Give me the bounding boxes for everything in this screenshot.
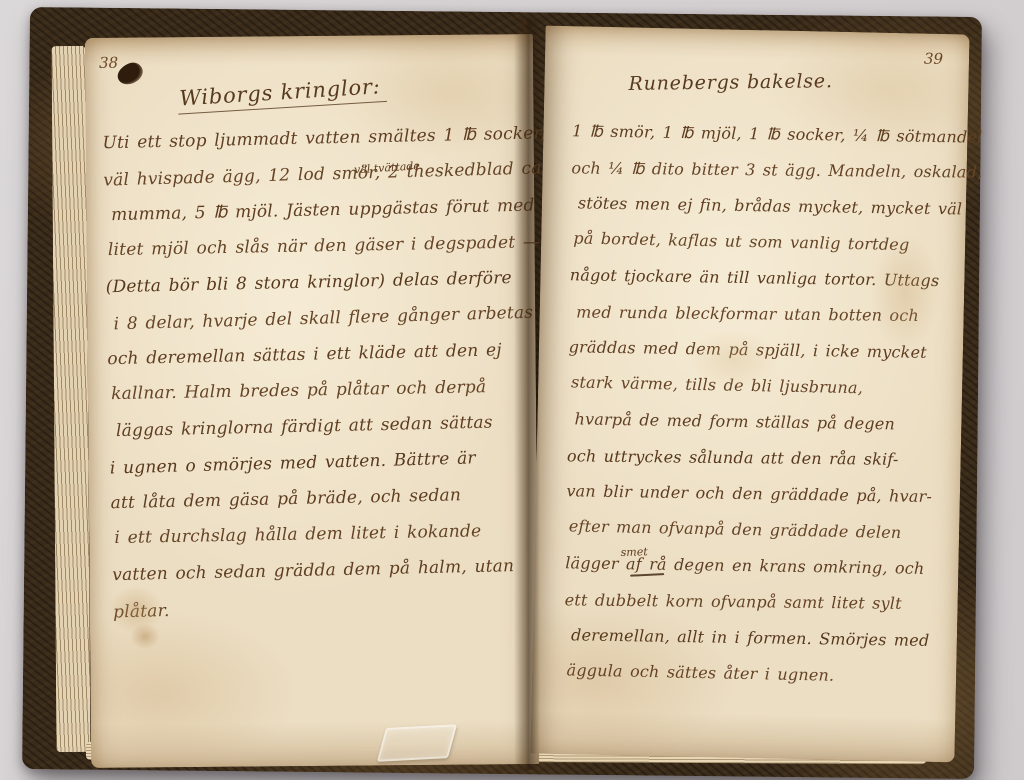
handwritten-line: äggula och sättes åter i ugnen. — [566, 652, 975, 696]
right-page-handwriting: 1 ℔ smör, 1 ℔ mjöl, 1 ℔ socker, ¼ ℔ sötm… — [563, 113, 983, 695]
left-recipe-title: Wiborgs kringlor: — [177, 74, 388, 115]
handwritten-line: 1 ℔ smör, 1 ℔ mjöl, 1 ℔ socker, ¼ ℔ sötm… — [572, 113, 983, 155]
handwritten-line: lägger af rå degen en krans omkring, och — [565, 545, 976, 587]
page-stack-left-edge — [52, 46, 91, 752]
handwritten-line: hvarpå de med form ställas på degen — [574, 401, 978, 443]
right-recipe-title: Runebergs bakelse. — [628, 70, 833, 95]
page-stain — [130, 623, 160, 649]
ink-blot — [115, 60, 146, 87]
handwritten-line: ett dubbelt korn ofvanpå samt litet sylt — [564, 582, 975, 622]
book-gutter-shadow — [514, 18, 540, 770]
left-page: 38 Wiborgs kringlor: väl tvättade Uti et… — [85, 34, 539, 768]
handwritten-line: och ¼ ℔ dito bitter 3 st ägg. Mandeln, o… — [571, 150, 982, 190]
transparent-page-holder — [377, 724, 457, 762]
manuscript-book: 38 Wiborgs kringlor: väl tvättade Uti et… — [26, 12, 978, 774]
handwritten-line: och uttryckes sålunda att den råa skif- — [567, 438, 978, 478]
photograph-background: 38 Wiborgs kringlor: väl tvättade Uti et… — [0, 0, 1024, 780]
right-page-number: 39 — [924, 50, 943, 68]
left-page-number: 38 — [99, 54, 118, 72]
right-page: 39 Runebergs bakelse. smet 1 ℔ smör, 1 ℔… — [530, 26, 969, 763]
